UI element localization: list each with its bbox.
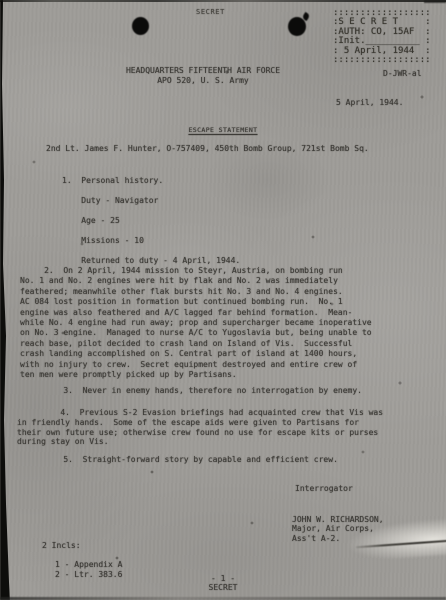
punch-hole-right (288, 17, 306, 36)
punch-hole-left (132, 17, 149, 35)
scanned-document-page: SECRET :::::::::::::::::: :S E C R E T :… (0, 0, 446, 600)
scan-edge-left (0, 0, 10, 600)
paragraph-mission-account: 2. On 2 April, 1944 mission to Steyr, Au… (20, 266, 372, 380)
secret-auth-stamp: :::::::::::::::::: :S E C R E T : :AUTH:… (333, 9, 431, 65)
date-line: 5 April, 1944. (336, 98, 403, 108)
paragraph-enemy-hands: 3. Never in enemy hands, therefore no in… (20, 386, 362, 396)
classification-stamp-bottom: SECRET (0, 583, 446, 593)
document-title: ESCAPE STATEMENT (0, 125, 446, 135)
scan-edge-top (0, 0, 446, 2)
letterhead: HEADQUARTERS FIFTEENTH AIR FORCE APO 520… (124, 66, 282, 85)
paragraph-personal-history: 1. Personal history. Duty - Navigator Ag… (62, 171, 240, 271)
paragraph-evasion-briefing: 4. Previous S-2 Evasion briefings had ac… (17, 408, 383, 447)
subject-line: 2nd Lt. James F. Hunter, O-757409, 450th… (46, 144, 369, 154)
paragraph-assessment: 5. Straight-forward story by capable and… (20, 455, 338, 465)
classification-stamp-top: SECRET (196, 7, 225, 17)
dust-specks (0, 0, 2, 2)
enclosures-count: 2 Incls: (42, 541, 81, 551)
routing-code: D-JWR-al (383, 69, 422, 79)
scan-edge-top-right (424, 0, 446, 3)
interrogator-label: Interrogator (295, 484, 353, 494)
